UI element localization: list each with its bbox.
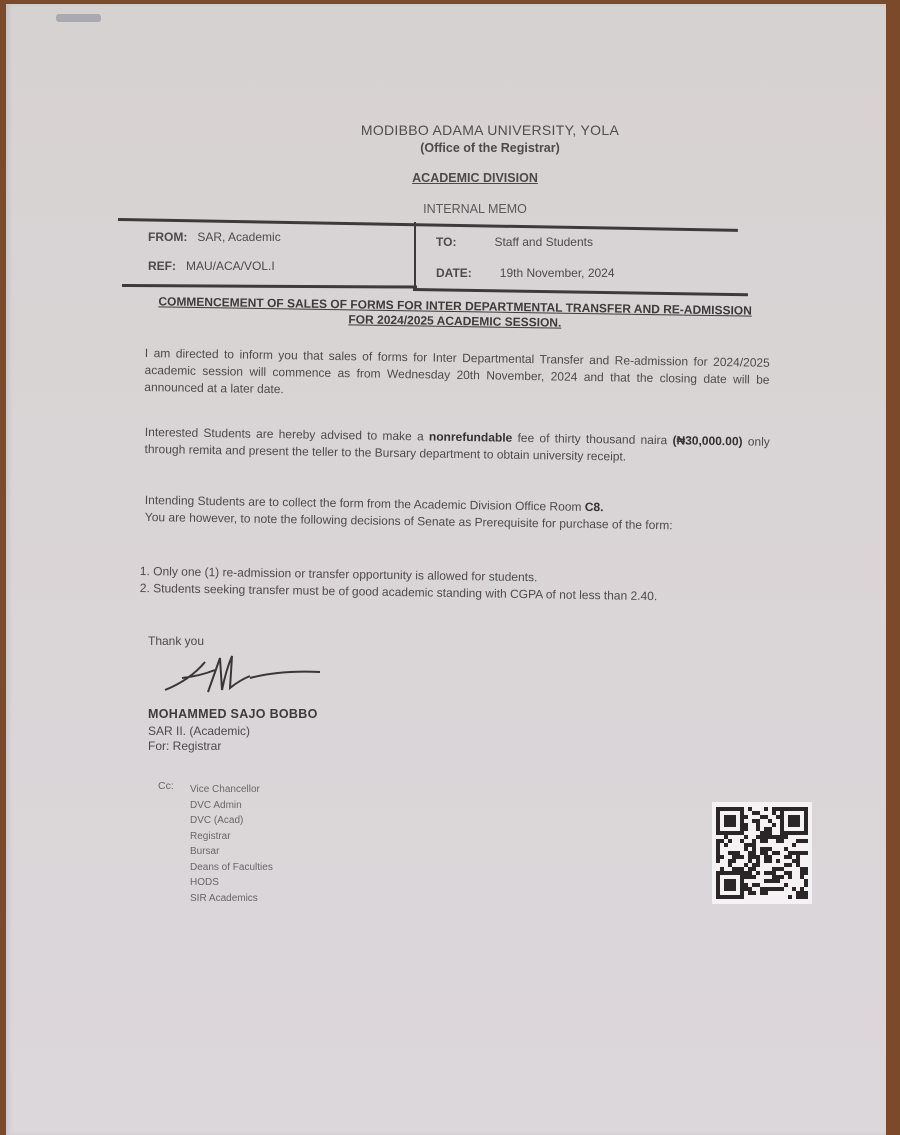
nonrefundable-text: nonrefundable (429, 429, 513, 444)
table-divider (414, 222, 416, 290)
signatory-for: For: Registrar (148, 739, 221, 753)
table-bottom-rule (413, 288, 748, 296)
date-field: DATE:19th November, 2024 (436, 266, 615, 280)
office-name: (Office of the Registrar) (40, 141, 900, 155)
cc-item: DVC (Acad) (190, 813, 273, 829)
signatory-name: MOHAMMED SAJO BOBBO (148, 707, 318, 721)
qr-code-icon (712, 802, 812, 904)
from-value: SAR, Academic (197, 230, 280, 244)
ref-field: REF:MAU/ACA/VOL.I (148, 259, 275, 273)
thank-you: Thank you (148, 634, 204, 648)
to-label: TO: (436, 235, 456, 249)
date-label: DATE: (436, 266, 472, 280)
signature-icon (160, 650, 330, 700)
to-field: TO:Staff and Students (436, 235, 593, 249)
cc-label: Cc: (158, 780, 174, 792)
paragraph-fee: Interested Students are hereby advised t… (144, 424, 769, 468)
cc-item: Vice Chancellor (190, 782, 273, 798)
cc-list: Vice Chancellor DVC Admin DVC (Acad) Reg… (190, 782, 273, 906)
memo-title: COMMENCEMENT OF SALES OF FORMS FOR INTER… (150, 294, 760, 334)
division-name: ACADEMIC DIVISION (25, 171, 900, 185)
fee-amount: (₦30,000.00) (672, 433, 742, 448)
ref-label: REF: (148, 259, 176, 273)
university-name: MODIBBO ADAMA UNIVERSITY, YOLA (40, 122, 900, 138)
cc-item: Bursar (190, 844, 273, 860)
from-field: FROM:SAR, Academic (148, 230, 281, 244)
table-mid-rule (122, 284, 417, 289)
cc-item: DVC Admin (190, 798, 273, 814)
date-value: 19th November, 2024 (500, 266, 615, 280)
cc-item: SIR Academics (190, 891, 273, 907)
cc-item: Deans of Faculties (190, 860, 273, 876)
cc-item: Registrar (190, 829, 273, 845)
cc-item: HODS (190, 875, 273, 891)
signatory-title: SAR II. (Academic) (148, 724, 250, 738)
to-value: Staff and Students (494, 235, 593, 249)
memo-type: INTERNAL MEMO (25, 202, 900, 216)
paragraph-announcement: I am directed to inform you that sales o… (144, 345, 770, 406)
from-label: FROM: (148, 230, 187, 244)
memo-document: MODIBBO ADAMA UNIVERSITY, YOLA (Office o… (0, 0, 900, 1135)
office-room: C8. (585, 500, 604, 514)
ref-value: MAU/ACA/VOL.I (186, 259, 275, 273)
